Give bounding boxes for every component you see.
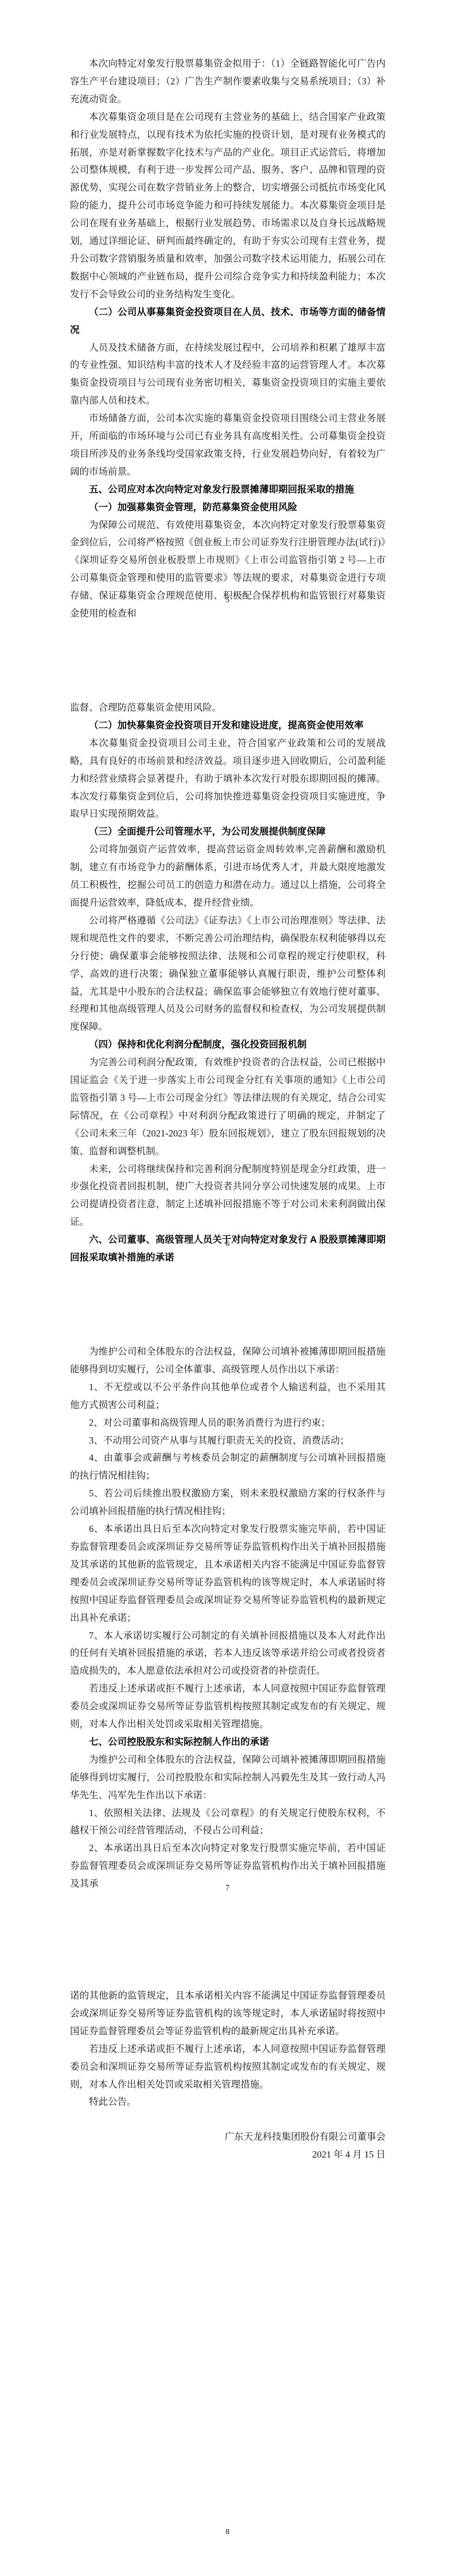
paragraph: 人员及技术储备方面，在持续发展过程中，公司培养和积累了雄厚丰富的专业性强、知识结… [70, 339, 386, 410]
paragraph: 为完善公司利润分配政策，有效维护投资者的合法权益，公司已根据中国证监会《关于进一… [70, 1054, 386, 1160]
date: 2021 年 4 月 15 日 [70, 2146, 386, 2164]
paragraph: 为保障公司规范、有效使用募集资金，本次向特定对象发行股票募集资金到位后，公司将严… [70, 517, 386, 623]
document: 本次向特定对象发行股票募集资金拟用于：（1）全链路智能化可广告内容生产平台建设项… [0, 0, 455, 2576]
paragraph: 未来，公司将继续保持和完善利润分配制度特别是现金分红政策，进一步强化投资者回报机… [70, 1161, 386, 1232]
paragraph: 7、本人承诺切实履行公司制定的有关填补回报措施以及本人对此作出的任何有关填补回报… [70, 1627, 386, 1681]
page-number: 8 [0, 2527, 455, 2538]
company-signature: 广东天龙科技集团股份有限公司董事会 [70, 2128, 386, 2146]
heading: （三）全面提升公司管理水平，为公司发展提供制度保障 [70, 823, 386, 841]
paragraph: 市场储备方面，公司本次实施的募集资金投资项目围绕公司主营业务展开，所面临的市场环… [70, 410, 386, 481]
heading: （一）加强募集资金管理，防范募集资金使用风险 [70, 499, 386, 517]
heading: （二）加快募集资金投资项目开发和建设进度，提高资金使用效率 [70, 717, 386, 735]
heading: 七、公司控股股东和实际控制人作出的承诺 [70, 1733, 386, 1751]
paragraph: 5、若公司后续推出股权激励方案，则未来股权激励方案的行权条件与公司填补回报措施的… [70, 1485, 386, 1520]
continuation: 监督、合理防范募集资金使用风险。 [70, 699, 386, 717]
continuation: 诺的其他新的监管规定，且本承诺相关内容不能满足中国证券监督管理委员会或深圳证券交… [70, 1987, 386, 2040]
paragraph: 特此公告。 [70, 2093, 386, 2111]
paragraph: 本次向特定对象发行股票募集资金拟用于：（1）全链路智能化可广告内容生产平台建设项… [70, 55, 386, 108]
heading: 五、公司应对本次向特定对象发行股票摊薄即期回报采取的措施 [70, 481, 386, 499]
paragraph: 公司将加强资产运营效率，提高营运资金周转效率,完善薪酬和激励机制，建立有市场竞争… [70, 841, 386, 912]
heading: （四）保持和优化利润分配制度，强化投资回报机制 [70, 1036, 386, 1054]
paragraph: 本次募集资金项目是在公司现有主营业务的基础上，结合国家产业政策和行业发展特点，以… [70, 108, 386, 304]
paragraph: 公司将严格遵循《公司法》《证券法》《上市公司治理准则》等法律、法规和规范性文件的… [70, 912, 386, 1036]
page-number: 6 [0, 1239, 455, 1250]
paragraph: 本次募集资金投资项目公司主业，符合国家产业政策和公司的发展战略，具有良好的市场前… [70, 735, 386, 824]
paragraph: 1、依照相关法律、法规及《公司章程》的有关规定行使股东权利，不越权干预公司经营管… [70, 1805, 386, 1840]
page: 诺的其他新的监管规定，且本承诺相关内容不能满足中国证券监督管理委员会或深圳证券交… [0, 1932, 455, 2576]
heading: （二）公司从事募集资金投资项目在人员、技术、市场等方面的储备情况 [70, 304, 386, 339]
paragraph: 若违反上述承诺或拒不履行上述承诺，本人同意按照中国证券监督管理委员会和深圳证券交… [70, 2040, 386, 2094]
page: 本次向特定对象发行股票募集资金拟用于：（1）全链路智能化可广告内容生产平台建设项… [0, 0, 455, 644]
paragraph: 若违反上述承诺或拒不履行上述承诺，本人同意按照中国证券监督管理委员会或深圳证券交… [70, 1680, 386, 1733]
paragraph: 6、本承诺出具日后至本次向特定对象发行股票实施完毕前，若中国证券监督管理委员会或… [70, 1520, 386, 1627]
paragraph: 1、不无偿或以不公平条件向其他单位或者个人输送利益，也不采用其他方式损害公司利益… [70, 1379, 386, 1414]
paragraph: 为维护公司和全体股东的合法权益，保障公司填补被摊薄即期回报措施能够得到切实履行，… [70, 1751, 386, 1805]
paragraph: 3、不动用公司资产从事与其履行职责无关的投资、消费活动； [70, 1432, 386, 1450]
paragraph: 4、由董事会或薪酬与考核委员会制定的薪酬制度与公司填补回报措施的执行情况相挂钩； [70, 1449, 386, 1485]
page: 为维护公司和全体股东的合法权益，保障公司填补被摊薄即期回报措施能够得到切实履行，… [0, 1288, 455, 1932]
paragraph: 为维护公司和全体股东的合法权益，保障公司填补被摊薄即期回报措施能够得到切实履行，… [70, 1343, 386, 1379]
page: 监督、合理防范募集资金使用风险。（二）加快募集资金投资项目开发和建设进度，提高资… [0, 644, 455, 1288]
paragraph: 2、对公司董事和高级管理人员的职务消费行为进行约束； [70, 1414, 386, 1432]
page-number: 5 [0, 595, 455, 606]
page-number: 7 [0, 1883, 455, 1894]
